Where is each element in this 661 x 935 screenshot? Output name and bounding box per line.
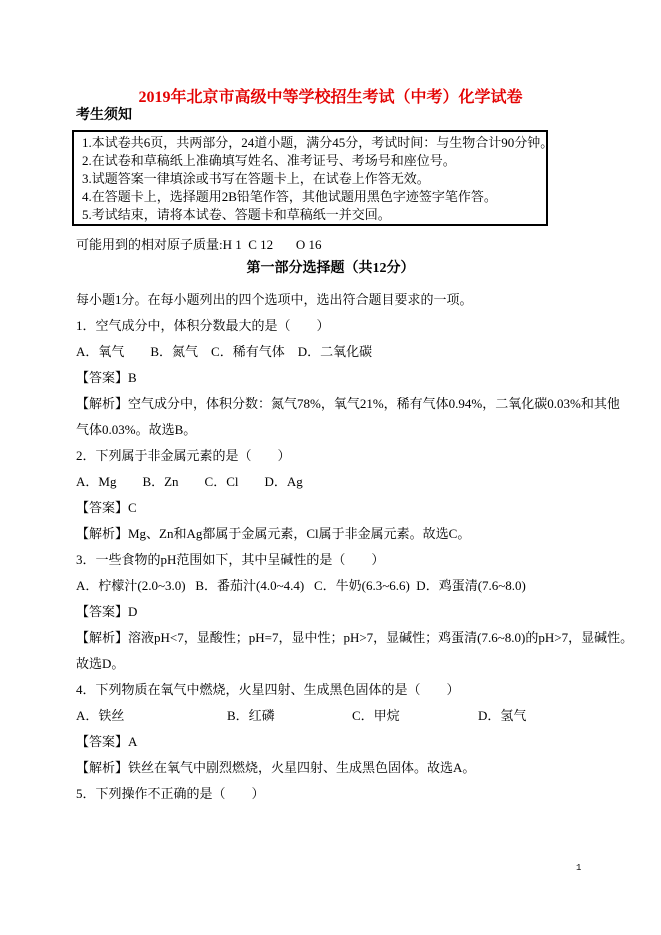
question-1-answer: 【答案】B (76, 365, 621, 391)
notice-item: 3.试题答案一律填涂或书写在答题卡上，在试卷上作答无效。 (82, 170, 542, 188)
question-3-answer: 【答案】D (76, 599, 621, 625)
question-3-options: A．柠檬汁(2.0~3.0) B．番茄汁(4.0~4.4) C．牛奶(6.3~6… (76, 573, 621, 599)
question-5-stem: 5．下列操作不正确的是（ ） (76, 781, 621, 807)
question-3-stem: 3．一些食物的pH范围如下，其中呈碱性的是（ ） (76, 547, 621, 573)
question-2-options: A．Mg B．Zn C．Cl D．Ag (76, 469, 621, 495)
question-1-analysis-line: 【解析】空气成分中，体积分数：氮气78%，氧气21%，稀有气体0.94%，二氧化… (76, 391, 621, 417)
page-number: 1 (576, 862, 581, 874)
notice-box: 1.本试卷共6页，共两部分，24道小题，满分45分，考试时间：与生物合计90分钟… (72, 130, 548, 226)
atomic-mass-line: 可能用到的相对原子质量:H 1 C 12 O 16 (76, 236, 322, 254)
question-4-option-c: C．甲烷 (352, 703, 478, 729)
question-4-option-a: A．铁丝 (76, 703, 227, 729)
question-1-stem: 1．空气成分中，体积分数最大的是（ ） (76, 313, 621, 339)
question-1-options: A．氧气 B．氮气 C．稀有气体 D．二氧化碳 (76, 339, 621, 365)
notice-item: 1.本试卷共6页，共两部分，24道小题，满分45分，考试时间：与生物合计90分钟… (82, 134, 542, 152)
question-4-answer: 【答案】A (76, 729, 621, 755)
question-3-analysis-line: 【解析】溶液pH<7，显酸性；pH=7，显中性；pH>7，显碱性；鸡蛋清(7.6… (76, 625, 621, 651)
exam-document-page: 2019年北京市高级中等学校招生考试（中考）化学试卷 考生须知 1.本试卷共6页… (0, 0, 661, 935)
question-4-options: A．铁丝 B．红磷 C．甲烷 D．氢气 (76, 703, 621, 729)
question-3-analysis-line: 故选D。 (76, 651, 621, 677)
section-intro: 每小题1分。在每小题列出的四个选项中，选出符合题目要求的一项。 (76, 287, 621, 313)
notice-item: 5.考试结束，请将本试卷、答题卡和草稿纸一并交回。 (82, 206, 542, 224)
question-2-answer: 【答案】C (76, 495, 621, 521)
question-4-analysis-line: 【解析】铁丝在氧气中剧烈燃烧，火星四射、生成黑色固体。故选A。 (76, 755, 621, 781)
question-2-analysis-line: 【解析】Mg、Zn和Ag都属于金属元素，Cl属于非金属元素。故选C。 (76, 521, 621, 547)
notice-label: 考生须知 (76, 106, 132, 126)
section-heading: 第一部分选择题（共12分） (0, 259, 661, 279)
exam-body: 每小题1分。在每小题列出的四个选项中，选出符合题目要求的一项。 1．空气成分中，… (76, 287, 621, 807)
question-4-option-b: B．红磷 (227, 703, 352, 729)
page-title: 2019年北京市高级中等学校招生考试（中考）化学试卷 (0, 84, 661, 107)
question-4-option-d: D．氢气 (478, 703, 621, 729)
notice-item: 2.在试卷和草稿纸上准确填写姓名、准考证号、考场号和座位号。 (82, 152, 542, 170)
question-1-analysis-line: 气体0.03%。故选B。 (76, 417, 621, 443)
question-4-stem: 4．下列物质在氧气中燃烧，火星四射、生成黑色固体的是（ ） (76, 677, 621, 703)
notice-item: 4.在答题卡上，选择题用2B铅笔作答，其他试题用黑色字迹签字笔作答。 (82, 188, 542, 206)
question-2-stem: 2．下列属于非金属元素的是（ ） (76, 443, 621, 469)
